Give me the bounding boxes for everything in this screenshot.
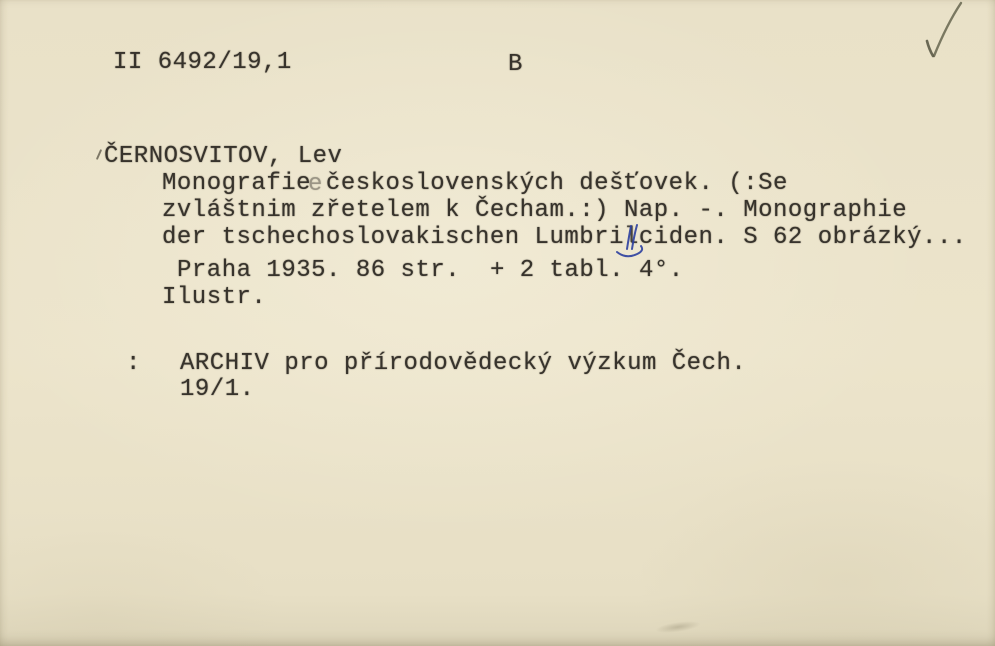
series-colon: : <box>126 351 141 377</box>
catalog-card: II 6492/19,1 B ČERNOSVITOV, Lev Monograf… <box>0 0 995 646</box>
struck-character: l <box>624 225 639 251</box>
title-line-3-pre: der tschechoslovakischen Lumbri <box>162 224 624 251</box>
paper-smudge <box>655 619 702 635</box>
overstrike-ghost-char: e <box>308 172 323 198</box>
title-line-2: zvláštnim zřetelem k Čecham.:) Nap. -. M… <box>162 198 907 224</box>
author-heading: ČERNOSVITOV, Lev <box>104 144 342 170</box>
title-line-1: Monografie československých dešťovek. (:… <box>162 171 788 197</box>
collation-line: Praha 1935. 86 str. + 2 tabl. 4°. <box>177 258 684 284</box>
section-letter: B <box>508 52 523 78</box>
pen-tick-icon <box>96 149 102 160</box>
series-number: 19/1. <box>180 377 255 403</box>
title-line-3: der tschechoslovakischen Lumbril ciden. … <box>162 225 967 251</box>
illustration-note: Ilustr. <box>162 285 266 311</box>
pencil-checkmark-icon <box>903 0 973 66</box>
call-number: II 6492/19,1 <box>113 50 292 76</box>
series-title: ARCHIV pro přírodovědecký výzkum Čech. <box>180 351 746 377</box>
blue-deletion-mark-icon <box>614 220 650 262</box>
title-line-3-post: ciden. S 62 obrázký... <box>639 224 967 251</box>
